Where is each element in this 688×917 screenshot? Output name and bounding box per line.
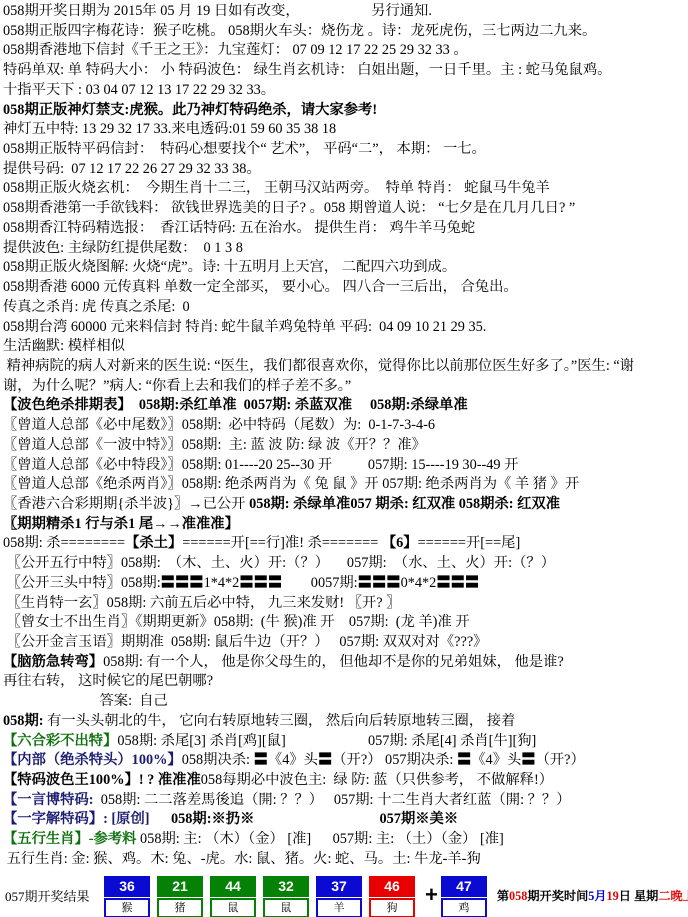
schedule-segment: 日 星期 xyxy=(619,889,659,903)
text-line: 〖公开五行中特〗058期: （木、土、火）开:（？） 057期: （水、土、火）… xyxy=(3,554,688,574)
text-segment: 〖香港六合彩期期{杀半波}〗→已公开 xyxy=(3,496,249,512)
text-line: 【五行生肖】-参考料 058期: 主: （木）（金） [准] 057期: 主: … xyxy=(3,830,688,850)
text-segment: 〓〓〓 xyxy=(239,575,282,591)
schedule-segment: 058 xyxy=(509,889,527,903)
results-label: 057期开奖结果 xyxy=(0,876,104,905)
ball-number: 36 xyxy=(104,876,150,897)
text-segment: 【特码波色王100%】! ? 准准准 xyxy=(3,772,201,788)
text-segment: 058期香港第一手欲钱料： 欲钱世界选美的日子? 。058 期曾道人说： “七夕… xyxy=(3,200,575,216)
text-segment: 十指平天下 : 03 04 07 12 13 17 22 29 32 33。 xyxy=(3,82,275,98)
ball-number: 21 xyxy=(157,876,203,897)
text-segment: 0*4*2 xyxy=(401,575,437,591)
result-ball: 32鼠 xyxy=(263,876,309,917)
result-ball: 46狗 xyxy=(369,876,415,917)
text-line: 058期香江特码精选报： 香江话特码: 五在治水。 提供生肖： 鸡牛羊马兔蛇 xyxy=(3,219,688,239)
text-segment: 058期开奖日期为 2015年 05 月 19 日如有改变， 另行通知. xyxy=(3,3,432,19)
text-segment: 〖公开三头中特〗058期: xyxy=(3,575,161,591)
text-segment: 058期正版火烧玄机： 今期生肖十二三， 王朝马汉站两旁。 特单 特肖： 蛇鼠马… xyxy=(3,180,550,196)
text-line: 058期: 有一头头朝北的牛， 它向右转原地转三圈， 然后向后转原地转三圈， 接… xyxy=(3,712,688,732)
text-line: 058期正版火烧玄机： 今期生肖十二三， 王朝马汉站两旁。 特单 特肖： 蛇鼠马… xyxy=(3,179,688,199)
text-segment: 特码单双: 单 特码大小： 小 特码波色： 绿生肖玄机诗： 白姐出题，一日千里。… xyxy=(3,62,611,78)
text-segment: 【五行生肖】-参考料 xyxy=(3,831,140,847)
ball-animal: 狗 xyxy=(369,898,415,917)
result-ball: 47鸡 xyxy=(441,876,487,917)
ball-number: 44 xyxy=(210,876,256,897)
text-line: 提供波色: 主绿防红提供尾数： 0 1 3 8 xyxy=(3,239,688,259)
text-line: 【特码波色王100%】! ? 准准准058每期必中波色主: 绿 防: 蓝（只供参… xyxy=(3,771,688,791)
text-line: 058期开奖日期为 2015年 05 月 19 日如有改变， 另行通知. xyxy=(3,2,688,22)
ball-number: 46 xyxy=(369,876,415,897)
text-segment: 058期: 杀======== xyxy=(3,535,125,551)
draw-schedule: 第058期开奖时间5月19日 星期二晚上9:30 xyxy=(497,876,688,904)
document-body: 058期开奖日期为 2015年 05 月 19 日如有改变， 另行通知.058期… xyxy=(3,2,688,870)
text-segment: 提供号码: 07 12 17 22 26 27 29 32 33 38。 xyxy=(3,161,261,177)
text-line: 058期香港 6000 元传真料 单数一定全部买， 要小心。 四八合一三后出， … xyxy=(3,278,688,298)
ball-animal: 猪 xyxy=(157,898,203,917)
text-segment: ======开[==行]准! 杀======= xyxy=(182,535,382,551)
text-segment: 〓〓〓 xyxy=(436,575,479,591)
text-segment: 058期: 二二落差馬後追（開: ？？） 057期: 十二生肖大者红蓝（開: ？… xyxy=(97,792,570,808)
text-segment: 〓 xyxy=(457,752,471,768)
text-line: 十指平天下 : 03 04 07 12 13 17 22 29 32 33。 xyxy=(3,81,688,101)
text-segment: 〖曾女士不出生肖〗《期期更新》058期: (牛 猴)准 开 057期: (龙 羊… xyxy=(3,614,470,630)
text-line: 〖曾道人总部《一波中特》〗058期: 主: 蓝 波 防: 绿 波《开？？准》 xyxy=(3,436,688,456)
text-line: 〖公开金言玉语〗期期准 058期: 鼠后牛边（开？） 057期: 双双对对《??… xyxy=(3,633,688,653)
text-segment: 【内部（绝杀特头）100%】 xyxy=(3,752,182,768)
ball-number: 37 xyxy=(316,876,362,897)
text-segment: 〖曾道人总部《必中尾数》〗058期: 必中特码（尾数）为: 0-1-7-3-4-… xyxy=(3,417,435,433)
text-line: 〖期期精杀1 行与杀1 尾→→准准准】 xyxy=(3,515,688,535)
text-segment: 〖曾道人总部《一波中特》〗058期: 主: 蓝 波 防: 绿 波《开？？准》 xyxy=(3,437,426,453)
text-line: 五行生肖: 金: 猴、鸡。木: 兔、-虎。水: 鼠、猪。火: 蛇、马。土: 牛龙… xyxy=(3,850,688,870)
text-line: 058期香港地下信封《千王之王》：九宝莲灯： 07 09 12 17 22 25… xyxy=(3,41,688,61)
text-segment: 〖公开五行中特〗058期: （木、土、火）开:（？） 057期: （水、土、火）… xyxy=(3,555,555,571)
text-line: 058期正版火烧图解: 火烧“虎”。诗: 十五明月上天宫， 二配四六功到成。 xyxy=(3,258,688,278)
text-segment: 〓 xyxy=(318,752,332,768)
text-segment: 〓 xyxy=(254,752,268,768)
text-segment: ======开[==尾] xyxy=(418,535,521,551)
text-line: 生活幽默: 模样相似 xyxy=(3,337,688,357)
text-segment: 《4》头 xyxy=(471,752,521,768)
text-segment: 058期正版特平码信封： 特码心想要找个“ 艺术”， 平码“二”， 本期： 一七… xyxy=(3,141,486,157)
text-line: 【脑筋急转弯】058期: 有一个人， 他是你父母生的， 但他却不是你的兄弟姐妹，… xyxy=(3,653,688,673)
schedule-segment: 期开奖时间 xyxy=(527,889,588,903)
schedule-segment: 5月 xyxy=(588,889,606,903)
text-line: 〖曾道人总部《必中特段》〗058期: 01----20 25--30 开 057… xyxy=(3,456,688,476)
text-segment: 神灯五中特: 13 29 32 17 33.来电透码:01 59 60 35 3… xyxy=(3,121,336,137)
text-line: 【内部（绝杀特头）100%】058期决杀: 〓《4》头〓（开?） 057期决杀:… xyxy=(3,751,688,771)
text-segment: 058期香港地下信封《千王之王》：九宝莲灯： 07 09 12 17 22 25… xyxy=(3,42,468,58)
text-segment: 《4》头 xyxy=(268,752,318,768)
text-segment: 【一言博特码: xyxy=(3,792,97,808)
text-segment: 058期正版神灯禁支:虎猴。此乃神灯特码绝杀，请大家参考! xyxy=(3,102,377,118)
text-segment: 再往右转， 这时候它的尾巴朝哪? xyxy=(3,673,213,689)
text-segment xyxy=(150,811,171,827)
text-segment: 〖公开金言玉语〗期期准 058期: 鼠后牛边（开？） 057期: 双双对对《??… xyxy=(3,634,487,650)
text-line: 神灯五中特: 13 29 32 17 33.来电透码:01 59 60 35 3… xyxy=(3,120,688,140)
text-segment: 058每期必中波色主: 绿 防: 蓝（只供参考， 不做解释!） xyxy=(201,772,553,788)
schedule-segment: 二晚上 xyxy=(658,889,688,903)
text-segment: 〖曾道人总部《绝杀两肖》〗058期: 绝杀两肖为《 兔 鼠 》开 057期: 绝… xyxy=(3,476,579,492)
text-line: 谢，为什么呢？”病人: “你看上去和我们的样子差不多。” xyxy=(3,377,688,397)
plus-sign: + xyxy=(425,876,438,914)
text-segment: 057期※美※ xyxy=(380,811,459,827)
text-line: 答案: 自己 xyxy=(3,692,688,712)
text-line: 传真之杀肖: 虎 传真之杀尾: 0 xyxy=(3,298,688,318)
text-line: 特码单双: 单 特码大小： 小 特码波色： 绿生肖玄机诗： 白姐出题，一日千里。… xyxy=(3,61,688,81)
text-segment: 有一头头朝北的牛， 它向右转原地转三圈， 然后向后转原地转三圈， 接着 xyxy=(47,713,515,729)
text-segment: 〖曾道人总部《必中特段》〗058期: 01----20 25--30 开 057… xyxy=(3,457,518,473)
text-line: 〖香港六合彩期期{杀半波}〗→已公开 058期: 杀绿单准057 期杀: 红双准… xyxy=(3,495,688,515)
text-segment: （开?） 057期决杀: xyxy=(332,752,457,768)
text-segment: 【六合彩不出特】 xyxy=(3,733,117,749)
result-ball: 21猪 xyxy=(157,876,203,917)
text-segment xyxy=(254,811,379,827)
text-line: 【波色绝杀排期表】 058期:杀红单准 0057期: 杀蓝双准 058期:杀绿单… xyxy=(3,396,688,416)
ball-animal: 鼠 xyxy=(210,898,256,917)
text-segment: 答案: 自己 xyxy=(3,693,168,709)
text-segment: 058期香港 6000 元传真料 单数一定全部买， 要小心。 四八合一三后出， … xyxy=(3,279,518,295)
text-segment: 058期: 有一个人， 他是你父母生的， 但他却不是你的兄弟姐妹， 他是谁? xyxy=(103,654,564,670)
text-segment: 【一字解特码】: [原创] xyxy=(3,811,150,827)
text-segment: 生活幽默: 模样相似 xyxy=(3,338,125,354)
text-line: 058期: 杀========【杀土】======开[==行]准! 杀=====… xyxy=(3,534,688,554)
text-line: 058期正版四字梅花诗：猴子吃桃。 058期火车头：烧伤龙 。诗：龙死虎伤，三七… xyxy=(3,22,688,42)
text-segment: 〓 xyxy=(521,752,535,768)
text-segment: 058期: 杀尾[3] 杀肖[鸡][鼠] 057期: 杀尾[4] 杀肖[牛][狗… xyxy=(117,733,536,749)
text-segment: 0057期: xyxy=(282,575,357,591)
text-segment: 〓〓〓 xyxy=(161,575,204,591)
text-segment: 〓〓〓 xyxy=(358,575,401,591)
text-line: 【一字解特码】: [原创] 058期:※扔※ 057期※美※ xyxy=(3,810,688,830)
text-line: 058期正版神灯禁支:虎猴。此乃神灯特码绝杀，请大家参考! xyxy=(3,101,688,121)
result-ball: 36猴 xyxy=(104,876,150,917)
text-segment: 〖生肖特一玄〗058期: 六前五后必中特， 九三来发财! 〖开? 〗 xyxy=(3,595,401,611)
result-ball: 44鼠 xyxy=(210,876,256,917)
text-segment: 精神病院的病人对新来的医生说: “医生，我们都很喜欢你，觉得你比以前那位医生好多… xyxy=(3,358,634,374)
text-segment: 058期台湾 60000 元来料信封 特肖: 蛇牛鼠羊鸡兔特单 平码: 04 0… xyxy=(3,319,486,335)
text-segment: 传真之杀肖: 虎 传真之杀尾: 0 xyxy=(3,299,190,315)
text-segment: 058期: 杀绿单准057 期杀: 红双准 058期杀: 红双准 xyxy=(249,496,560,512)
text-line: 提供号码: 07 12 17 22 26 27 29 32 33 38。 xyxy=(3,160,688,180)
text-segment: 1*4*2 xyxy=(204,575,240,591)
text-segment: 058期:※扔※ xyxy=(171,811,254,827)
text-line: 058期台湾 60000 元来料信封 特肖: 蛇牛鼠羊鸡兔特单 平码: 04 0… xyxy=(3,318,688,338)
text-segment: 058期: xyxy=(3,713,47,729)
text-line: 〖曾女士不出生肖〗《期期更新》058期: (牛 猴)准 开 057期: (龙 羊… xyxy=(3,613,688,633)
text-segment: 【脑筋急转弯】 xyxy=(3,654,103,670)
text-segment: 058期香江特码精选报： 香江话特码: 五在治水。 提供生肖： 鸡牛羊马兔蛇 xyxy=(3,220,475,236)
text-line: 【一言博特码: 058期: 二二落差馬後追（開: ？？） 057期: 十二生肖大… xyxy=(3,791,688,811)
text-segment: 058期正版火烧图解: 火烧“虎”。诗: 十五明月上天宫， 二配四六功到成。 xyxy=(3,259,456,275)
text-segment: （开?） xyxy=(536,752,585,768)
ball-animal: 猴 xyxy=(104,898,150,917)
text-line: 〖曾道人总部《绝杀两肖》〗058期: 绝杀两肖为《 兔 鼠 》开 057期: 绝… xyxy=(3,475,688,495)
text-segment: 提供波色: 主绿防红提供尾数： 0 1 3 8 xyxy=(3,240,243,256)
text-segment: 【6】 xyxy=(382,535,418,551)
text-line: 再往右转， 这时候它的尾巴朝哪? xyxy=(3,672,688,692)
ball-number: 47 xyxy=(441,876,487,897)
result-balls: 36猴21猪44鼠32鼠37羊46狗+47鸡 xyxy=(104,876,494,917)
text-line: 058期正版特平码信封： 特码心想要找个“ 艺术”， 平码“二”， 本期： 一七… xyxy=(3,140,688,160)
schedule-segment: 第 xyxy=(497,889,509,903)
text-segment: 058期正版四字梅花诗：猴子吃桃。 058期火车头：烧伤龙 。诗：龙死虎伤，三七… xyxy=(3,23,596,39)
ball-animal: 羊 xyxy=(316,898,362,917)
text-segment: 谢，为什么呢？”病人: “你看上去和我们的样子差不多。” xyxy=(3,378,351,394)
text-line: 〖曾道人总部《必中尾数》〗058期: 必中特码（尾数）为: 0-1-7-3-4-… xyxy=(3,416,688,436)
text-segment: 【波色绝杀排期表】 058期:杀红单准 0057期: 杀蓝双准 058期:杀绿单… xyxy=(3,397,468,413)
text-segment: 〖期期精杀1 行与杀1 尾→→准准准】 xyxy=(3,516,239,532)
text-segment: 058期: 主: （木）（金） [准] 057期: 主: （土）（金） [准] xyxy=(140,831,504,847)
text-line: 〖公开三头中特〗058期:〓〓〓1*4*2〓〓〓 0057期:〓〓〓0*4*2〓… xyxy=(3,574,688,594)
ball-animal: 鼠 xyxy=(263,898,309,917)
text-segment: 058期决杀: xyxy=(182,752,254,768)
text-line: 〖生肖特一玄〗058期: 六前五后必中特， 九三来发财! 〖开? 〗 xyxy=(3,594,688,614)
results-bar: 057期开奖结果 36猴21猪44鼠32鼠37羊46狗+47鸡 第058期开奖时… xyxy=(0,876,688,917)
text-line: 【六合彩不出特】058期: 杀尾[3] 杀肖[鸡][鼠] 057期: 杀尾[4]… xyxy=(3,732,688,752)
schedule-segment: 19 xyxy=(607,889,619,903)
text-line: 058期香港第一手欲钱料： 欲钱世界选美的日子? 。058 期曾道人说： “七夕… xyxy=(3,199,688,219)
text-segment: 五行生肖: 金: 猴、鸡。木: 兔、-虎。水: 鼠、猪。火: 蛇、马。土: 牛龙… xyxy=(3,851,481,867)
text-line: 精神病院的病人对新来的医生说: “医生，我们都很喜欢你，觉得你比以前那位医生好多… xyxy=(3,357,688,377)
text-segment: 【杀土】 xyxy=(125,535,182,551)
ball-animal: 鸡 xyxy=(441,898,487,917)
ball-number: 32 xyxy=(263,876,309,897)
result-ball: 37羊 xyxy=(316,876,362,917)
